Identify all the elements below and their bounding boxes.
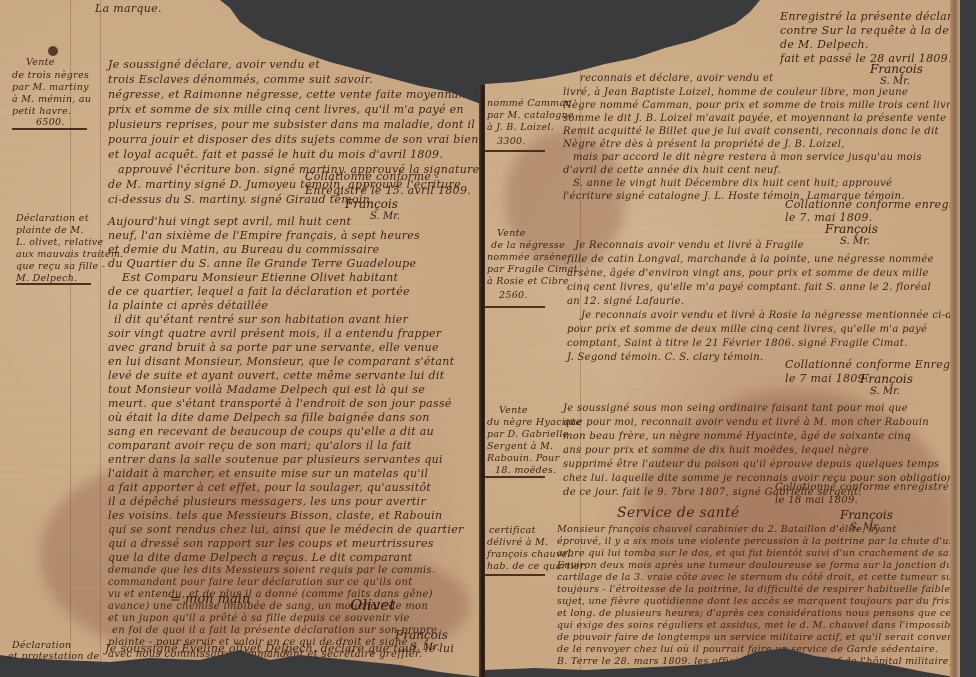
text-line: négresse, et Raimonne négresse, cette ve… xyxy=(108,88,471,101)
text-line: Est Comparu Monsieur Etienne Olivet habi… xyxy=(122,271,398,284)
text-line: éprouvé, il y a six mois une violente pe… xyxy=(557,536,955,547)
signature-mon-main: = mon main xyxy=(170,592,250,607)
text-line: mon beau frère, un nègre nommé Hyacinte,… xyxy=(563,431,911,442)
signature: François xyxy=(825,222,878,236)
text-line: Monsieur françois chauvel carabinier du … xyxy=(557,524,897,535)
collation-note: Collationné conforme - xyxy=(305,170,439,183)
text-line: plusieurs reprises, pour me subsister da… xyxy=(108,118,475,131)
text-line: comptant, Saint à titre le 21 Février 18… xyxy=(567,338,908,349)
signature: S. Mr. xyxy=(840,236,870,247)
text-line: de pouvoir faire de longtemps un service… xyxy=(557,632,955,643)
text-line: supprimé être l'auteur du poison qu'il é… xyxy=(563,459,939,470)
book-spine xyxy=(479,85,486,677)
signature: S. Mr. xyxy=(870,386,900,397)
signature: S. Mr. xyxy=(370,211,400,222)
margin-note: par D. Gabrielle xyxy=(487,429,569,440)
text-line: commandant pour faire leur déclaration s… xyxy=(108,577,413,588)
margin-note: Déclaration xyxy=(12,640,71,651)
text-line: et loyal acquêt. fait et passé le huit d… xyxy=(108,148,443,161)
margin-note: L. olivet, relative xyxy=(16,237,103,248)
page-edges xyxy=(950,0,960,677)
text-line: il dit qu'étant rentré sur son habitatio… xyxy=(114,313,408,326)
header-text: La marque. xyxy=(95,2,162,15)
text-line: que pour moi, reconnait avoir vendu et l… xyxy=(563,417,929,428)
text-line: en foi de quoi il a fait la présente déc… xyxy=(112,625,437,636)
text-line: Je soussigné sous mon seing ordinaire fa… xyxy=(563,403,908,414)
text-line: soir vingt quatre avril présent mois, il… xyxy=(108,327,441,340)
margin-divider xyxy=(485,476,545,478)
margin-note: par M. martiny xyxy=(12,82,89,93)
text-line: trois Esclaves dénommés, comme suit savo… xyxy=(108,73,373,86)
text-line: prix et somme de six mille cinq cent liv… xyxy=(108,103,464,116)
text-line: somme le dit J. B. Loizel m'avait payée,… xyxy=(563,113,955,124)
text-line: Nègre nommé Camman, pour prix et somme d… xyxy=(563,100,955,111)
margin-note: délivré à M. xyxy=(487,537,548,548)
text-line: Je Reconnais avoir vendu et livré à Frag… xyxy=(575,240,804,251)
text-line: les voisins. tels que Messieurs Bisson, … xyxy=(108,509,442,522)
text-line: Je soussigné déclare, avoir vendu et xyxy=(108,58,320,71)
text-line: Remit acquitté le Billet que je lui avai… xyxy=(563,126,939,137)
header-text: contre Sur la requête à la demande xyxy=(780,24,955,37)
text-line: avec grand bruit à sa porte par une serv… xyxy=(108,341,439,354)
collation-note: le 7 mai 1809. xyxy=(785,372,869,385)
collation-note: le 18 mai 1809. xyxy=(775,495,858,506)
header-text: Enregistré la présente déclaration xyxy=(780,10,955,23)
text-line: Environ deux mois après une tumeur doulo… xyxy=(557,560,953,571)
margin-divider xyxy=(16,283,91,285)
text-line: Je reconnais avoir vendu et livré à Rosi… xyxy=(581,310,955,321)
margin-note: de la négresse xyxy=(491,240,565,251)
text-line: meurt. que s'étant transporté à l'endroi… xyxy=(108,397,452,410)
header-text: de M. Delpech. xyxy=(780,38,869,51)
margin-note: Vente xyxy=(497,228,526,239)
margin-note: plainte de M. xyxy=(16,225,84,236)
header-text: fait et passé le 28 avril 1809. xyxy=(780,52,952,65)
text-line: qui a dressé son rapport sur les coups e… xyxy=(108,537,434,550)
margin-note: de trois nègres xyxy=(12,70,89,81)
text-line: reconnais et déclare, avoir vendu et xyxy=(580,73,773,84)
collation-note: Collationné conforme Enregistré xyxy=(785,358,955,371)
text-line: qui se sont rendus chez lui, ainsi que l… xyxy=(108,523,464,536)
text-line: S. anne le vingt huit Décembre dix huit … xyxy=(573,178,892,189)
margin-note: petit havre. xyxy=(12,106,71,117)
text-line: la plainte ci après détaillée xyxy=(108,299,268,312)
collation-note: Collationné conforme enregistré xyxy=(785,198,955,211)
margin-divider xyxy=(485,574,545,576)
text-line: neuf, l'an sixième de l'Empire français,… xyxy=(108,229,420,242)
signature: S. Mr. xyxy=(880,76,910,87)
margin-note: que reçu sa fille - xyxy=(16,261,105,272)
text-line: ans pour prix et somme de dix huit moëde… xyxy=(563,445,869,456)
text-line: mais par accord le dit nègre restera à m… xyxy=(573,152,922,163)
text-line: J. Segond témoin. C. S. clary témoin. xyxy=(567,352,763,363)
signature-olivet: Olivet xyxy=(350,596,395,614)
margin-divider xyxy=(12,128,87,130)
text-line: Aujourd'hui vingt sept avril, mil huit c… xyxy=(108,215,351,228)
text-line: où était la dite dame Delpech sa fille b… xyxy=(108,411,430,424)
text-line: entrer dans la salle soutenue par plusie… xyxy=(108,453,443,466)
left-page: La marque. Vente de trois nègres par M. … xyxy=(0,0,481,677)
margin-note: et protestation de xyxy=(8,651,99,662)
text-line: an 12. signé Lafaurie. xyxy=(567,296,684,307)
signature: François xyxy=(870,62,923,76)
text-line: et un jupon qu'il a prêté à sa fille dep… xyxy=(108,613,410,624)
text-line: demande que les dits Messieurs soient re… xyxy=(108,565,435,576)
text-line: de le renvoyer chez lui où il pourrait f… xyxy=(557,644,938,655)
margin-note: par Fragile Cimat xyxy=(487,264,578,275)
signature: François xyxy=(860,372,913,386)
ink-blot xyxy=(48,46,58,56)
text-line: et long. de plusieurs heures; d'après ce… xyxy=(557,608,955,619)
text-line: Nègre être dès à présent la propriété de… xyxy=(563,139,845,150)
text-line: livré, à Jean Baptiste Loizel, homme de … xyxy=(563,87,908,98)
text-line: pourra jouir et disposer des dits sujets… xyxy=(108,133,479,146)
margin-note: à Rosie et Cibre xyxy=(487,276,569,287)
margin-note: nommé Camman xyxy=(487,98,572,109)
text-line: l'aidait à marcher, et ensuite mise sur … xyxy=(108,467,428,480)
margin-note: Rabouin. Pour xyxy=(487,453,559,464)
margin-note: Sergent à M. xyxy=(487,441,553,452)
margin-note: à M. mémin, au xyxy=(12,94,91,105)
margin-divider xyxy=(485,306,545,308)
text-line: du Quartier du S. anne île Grande Terre … xyxy=(108,257,416,270)
text-line: fille de catin Longval, marchande à la p… xyxy=(567,254,934,265)
text-line: arbre qui lui tomba sur le dos, et qui f… xyxy=(557,548,955,559)
collation-note: Collationné conforme enregistré xyxy=(775,482,949,493)
margin-amount: 18. moëdes. xyxy=(495,465,556,476)
text-line: levé de suite et ayant ouvert, cette mêm… xyxy=(108,369,444,382)
margin-note: nommée arsène xyxy=(487,252,567,263)
margin-note: par M. catalogne xyxy=(487,110,574,121)
signature-francois: François xyxy=(395,628,448,642)
text-line: de ce quartier, lequel a fait la déclara… xyxy=(108,285,410,298)
text-line: cinq cent livres, qu'elle m'a payé compt… xyxy=(567,282,931,293)
text-line: que la dite dame Delpech a reçus. Le dit… xyxy=(108,551,413,564)
margin-amount: 3300. xyxy=(497,136,526,147)
text-line: Je soussigné Eveline olivet Delpech. déc… xyxy=(105,642,454,655)
text-line: il a dépêché plusieurs messagers, les un… xyxy=(108,495,426,508)
margin-divider xyxy=(485,150,545,152)
margin-note: Vente xyxy=(499,405,528,416)
text-line: cartilage de la 3. vraie côte avec le st… xyxy=(557,572,955,583)
margin-note: Déclaration et xyxy=(16,213,89,224)
signature: François xyxy=(345,197,398,211)
text-line: pour prix et somme de deux mille cinq ce… xyxy=(567,324,927,335)
text-line: arsène, âgée d'environ vingt ans, pour p… xyxy=(567,268,929,279)
text-line: en lui disant Monsieur, Monsieur, que le… xyxy=(108,355,454,368)
margin-note: à J. B. Loizel. xyxy=(487,122,554,133)
section-title: Service de santé xyxy=(617,505,740,521)
margin-amount: 6500. xyxy=(36,117,65,128)
text-line: sujet, une fièvre quotidienne dont les a… xyxy=(557,596,955,607)
text-line: B. Terre le 28. mars 1809. les officiers… xyxy=(557,656,955,667)
text-line: toujours - l'étroitesse de la poitrine, … xyxy=(557,584,955,595)
text-line: d'avril de cette année dix huit cent neu… xyxy=(563,165,781,176)
text-line: et demie du Matin, au Bureau du commissa… xyxy=(108,243,379,256)
text-line: a fait apporter à cet effet, pour la sou… xyxy=(108,481,431,494)
collation-note: Enregistré le 15. avril 1809. xyxy=(305,184,471,197)
text-line: sang en recevant de beaucoup de coups qu… xyxy=(108,425,434,438)
text-line: tout Monsieur voilà Madame Delpech qui e… xyxy=(108,383,425,396)
text-line: qui exige des soins réguliers et assidus… xyxy=(557,620,955,631)
right-page: Enregistré la présente déclaration contr… xyxy=(485,0,955,677)
signature: François xyxy=(840,508,893,522)
margin-note: Vente xyxy=(26,57,55,68)
text-line: Lemaurrit D. M. Code chirurgien xyxy=(557,668,725,677)
text-line: comparant avoir reçu de son mari; qu'alo… xyxy=(108,439,412,452)
margin-note: certificat xyxy=(489,525,536,536)
margin-amount: 2560. xyxy=(499,290,528,301)
